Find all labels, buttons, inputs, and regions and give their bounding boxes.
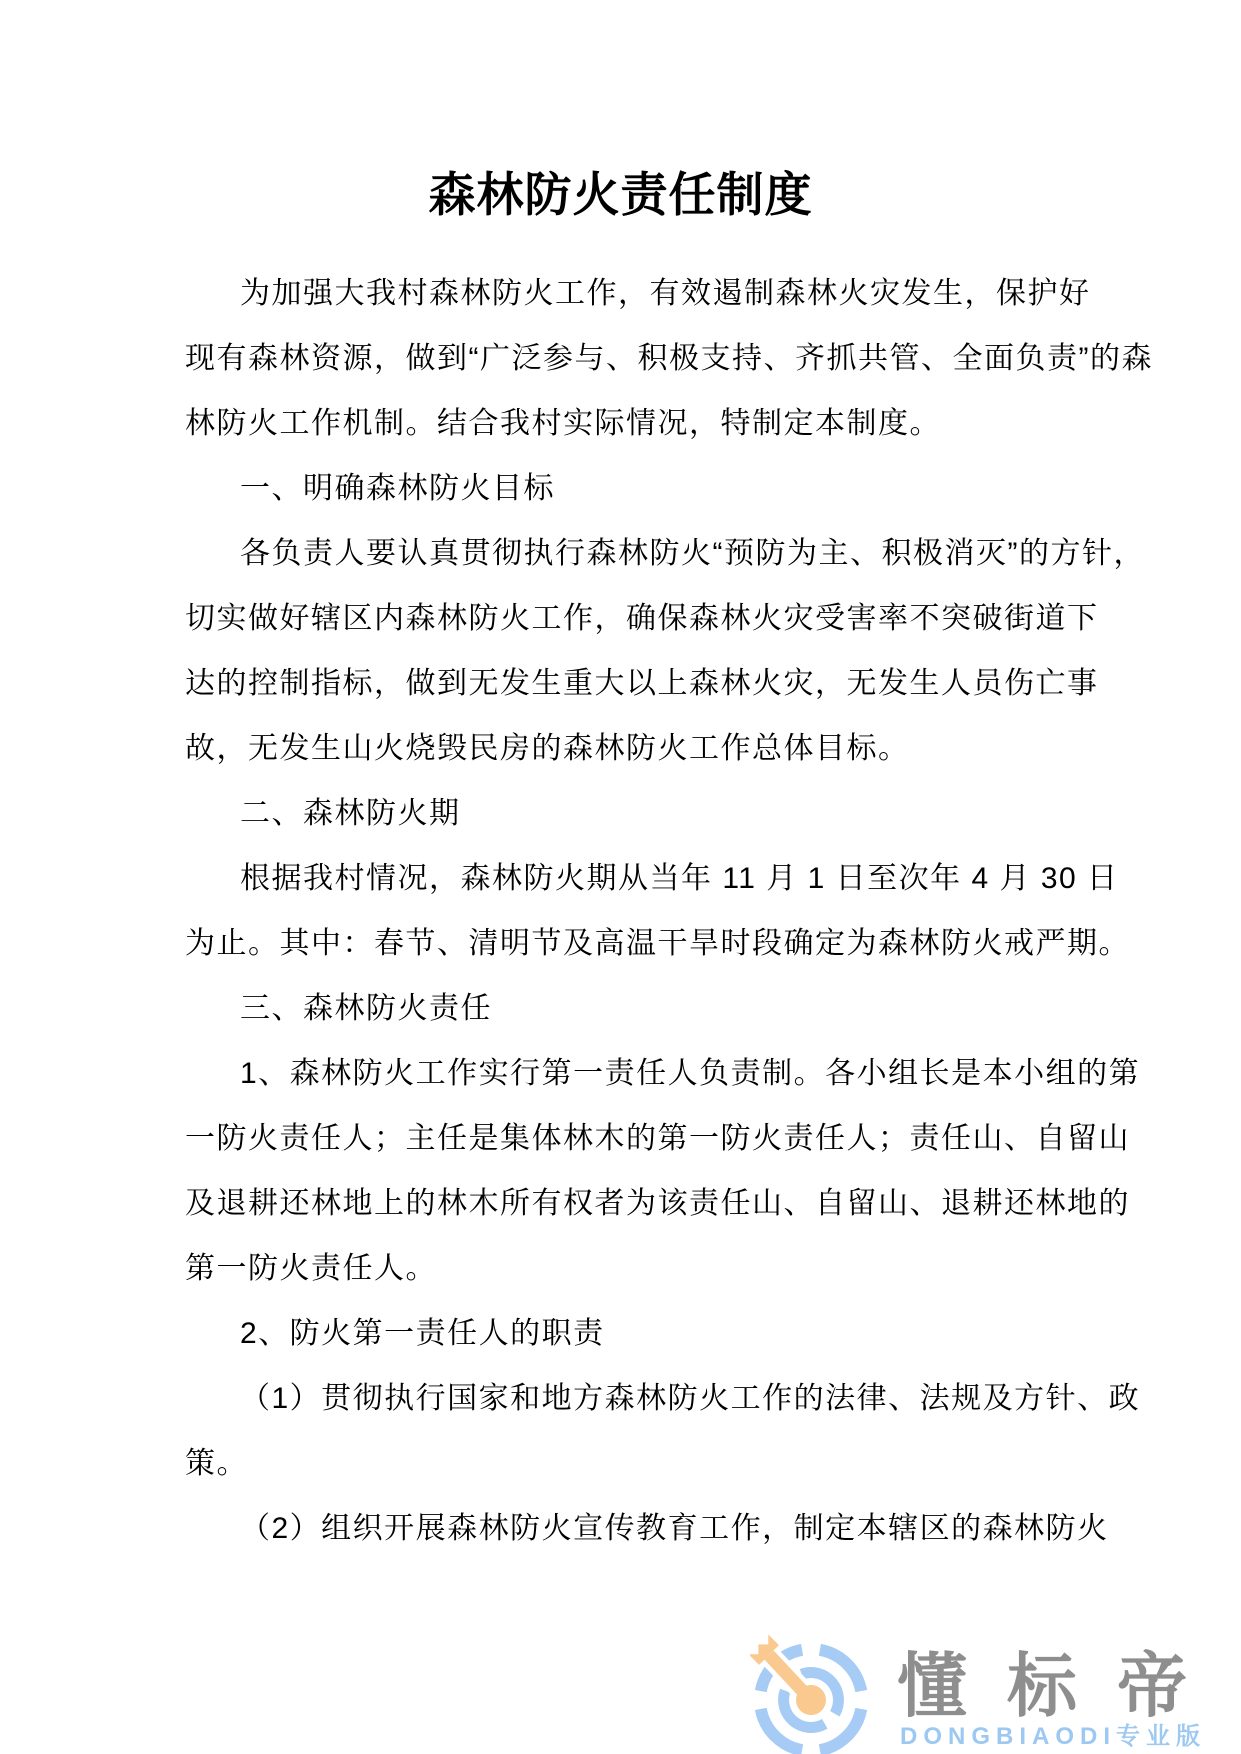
document-body: 为加强大我村森林防火工作，有效遏制森林火灾发生，保护好现有森林资源，做到“广泛参… — [185, 261, 1070, 1561]
document-page: 森林防火责任制度 为加强大我村森林防火工作，有效遏制森林火灾发生，保护好现有森林… — [0, 0, 1241, 1754]
document-title: 森林防火责任制度 — [0, 165, 1241, 225]
document-line: 策。 — [185, 1431, 1070, 1496]
watermark-subtitle-text: DONGBIAODI专业版 — [900, 1724, 1206, 1750]
document-line: 切实做好辖区内森林防火工作，确保森林火灾受害率不突破街道下 — [185, 586, 1070, 651]
document-line: 林防火工作机制。结合我村实际情况，特制定本制度。 — [185, 391, 1070, 456]
document-line: 一、明确森林防火目标 — [185, 456, 1070, 521]
dart-arrow — [750, 1635, 826, 1716]
document-line: 根据我村情况，森林防火期从当年 11 月 1 日至次年 4 月 30 日 — [185, 846, 1070, 911]
target-outer-ring — [761, 1650, 861, 1750]
document-line: 二、森林防火期 — [185, 781, 1070, 846]
document-line: （2）组织开展森林防火宣传教育工作，制定本辖区的森林防火 — [185, 1496, 1070, 1561]
document-line: 第一防火责任人。 — [185, 1236, 1070, 1301]
target-middle-ring — [784, 1673, 839, 1728]
document-line: 为止。其中：春节、清明节及高温干旱时段确定为森林防火戒严期。 — [185, 911, 1070, 976]
document-line: 1、森林防火工作实行第一责任人负责制。各小组长是本小组的第 — [185, 1041, 1070, 1106]
document-line: 三、森林防火责任 — [185, 976, 1070, 1041]
document-line: 各负责人要认真贯彻执行森林防火“预防为主、积极消灭”的方针， — [185, 521, 1070, 586]
document-line: 为加强大我村森林防火工作，有效遏制森林火灾发生，保护好 — [185, 261, 1070, 326]
document-line: 及退耕还林地上的林木所有权者为该责任山、自留山、退耕还林地的 — [185, 1171, 1070, 1236]
bullseye-center — [796, 1685, 826, 1715]
document-line: 现有森林资源，做到“广泛参与、积极支持、齐抓共管、全面负责”的森 — [185, 326, 1070, 391]
document-line: 一防火责任人；主任是集体林木的第一防火责任人；责任山、自留山 — [185, 1106, 1070, 1171]
document-line: （1）贯彻执行国家和地方森林防火工作的法律、法规及方针、政 — [185, 1366, 1070, 1431]
target-dart-icon — [750, 1632, 874, 1754]
document-line: 故，无发生山火烧毁民房的森林防火工作总体目标。 — [185, 716, 1070, 781]
document-line: 2、防火第一责任人的职责 — [185, 1301, 1070, 1366]
document-line: 达的控制指标，做到无发生重大以上森林火灾，无发生人员伤亡事 — [185, 651, 1070, 716]
watermark-brand-text: 懂标帝 — [897, 1650, 1227, 1722]
